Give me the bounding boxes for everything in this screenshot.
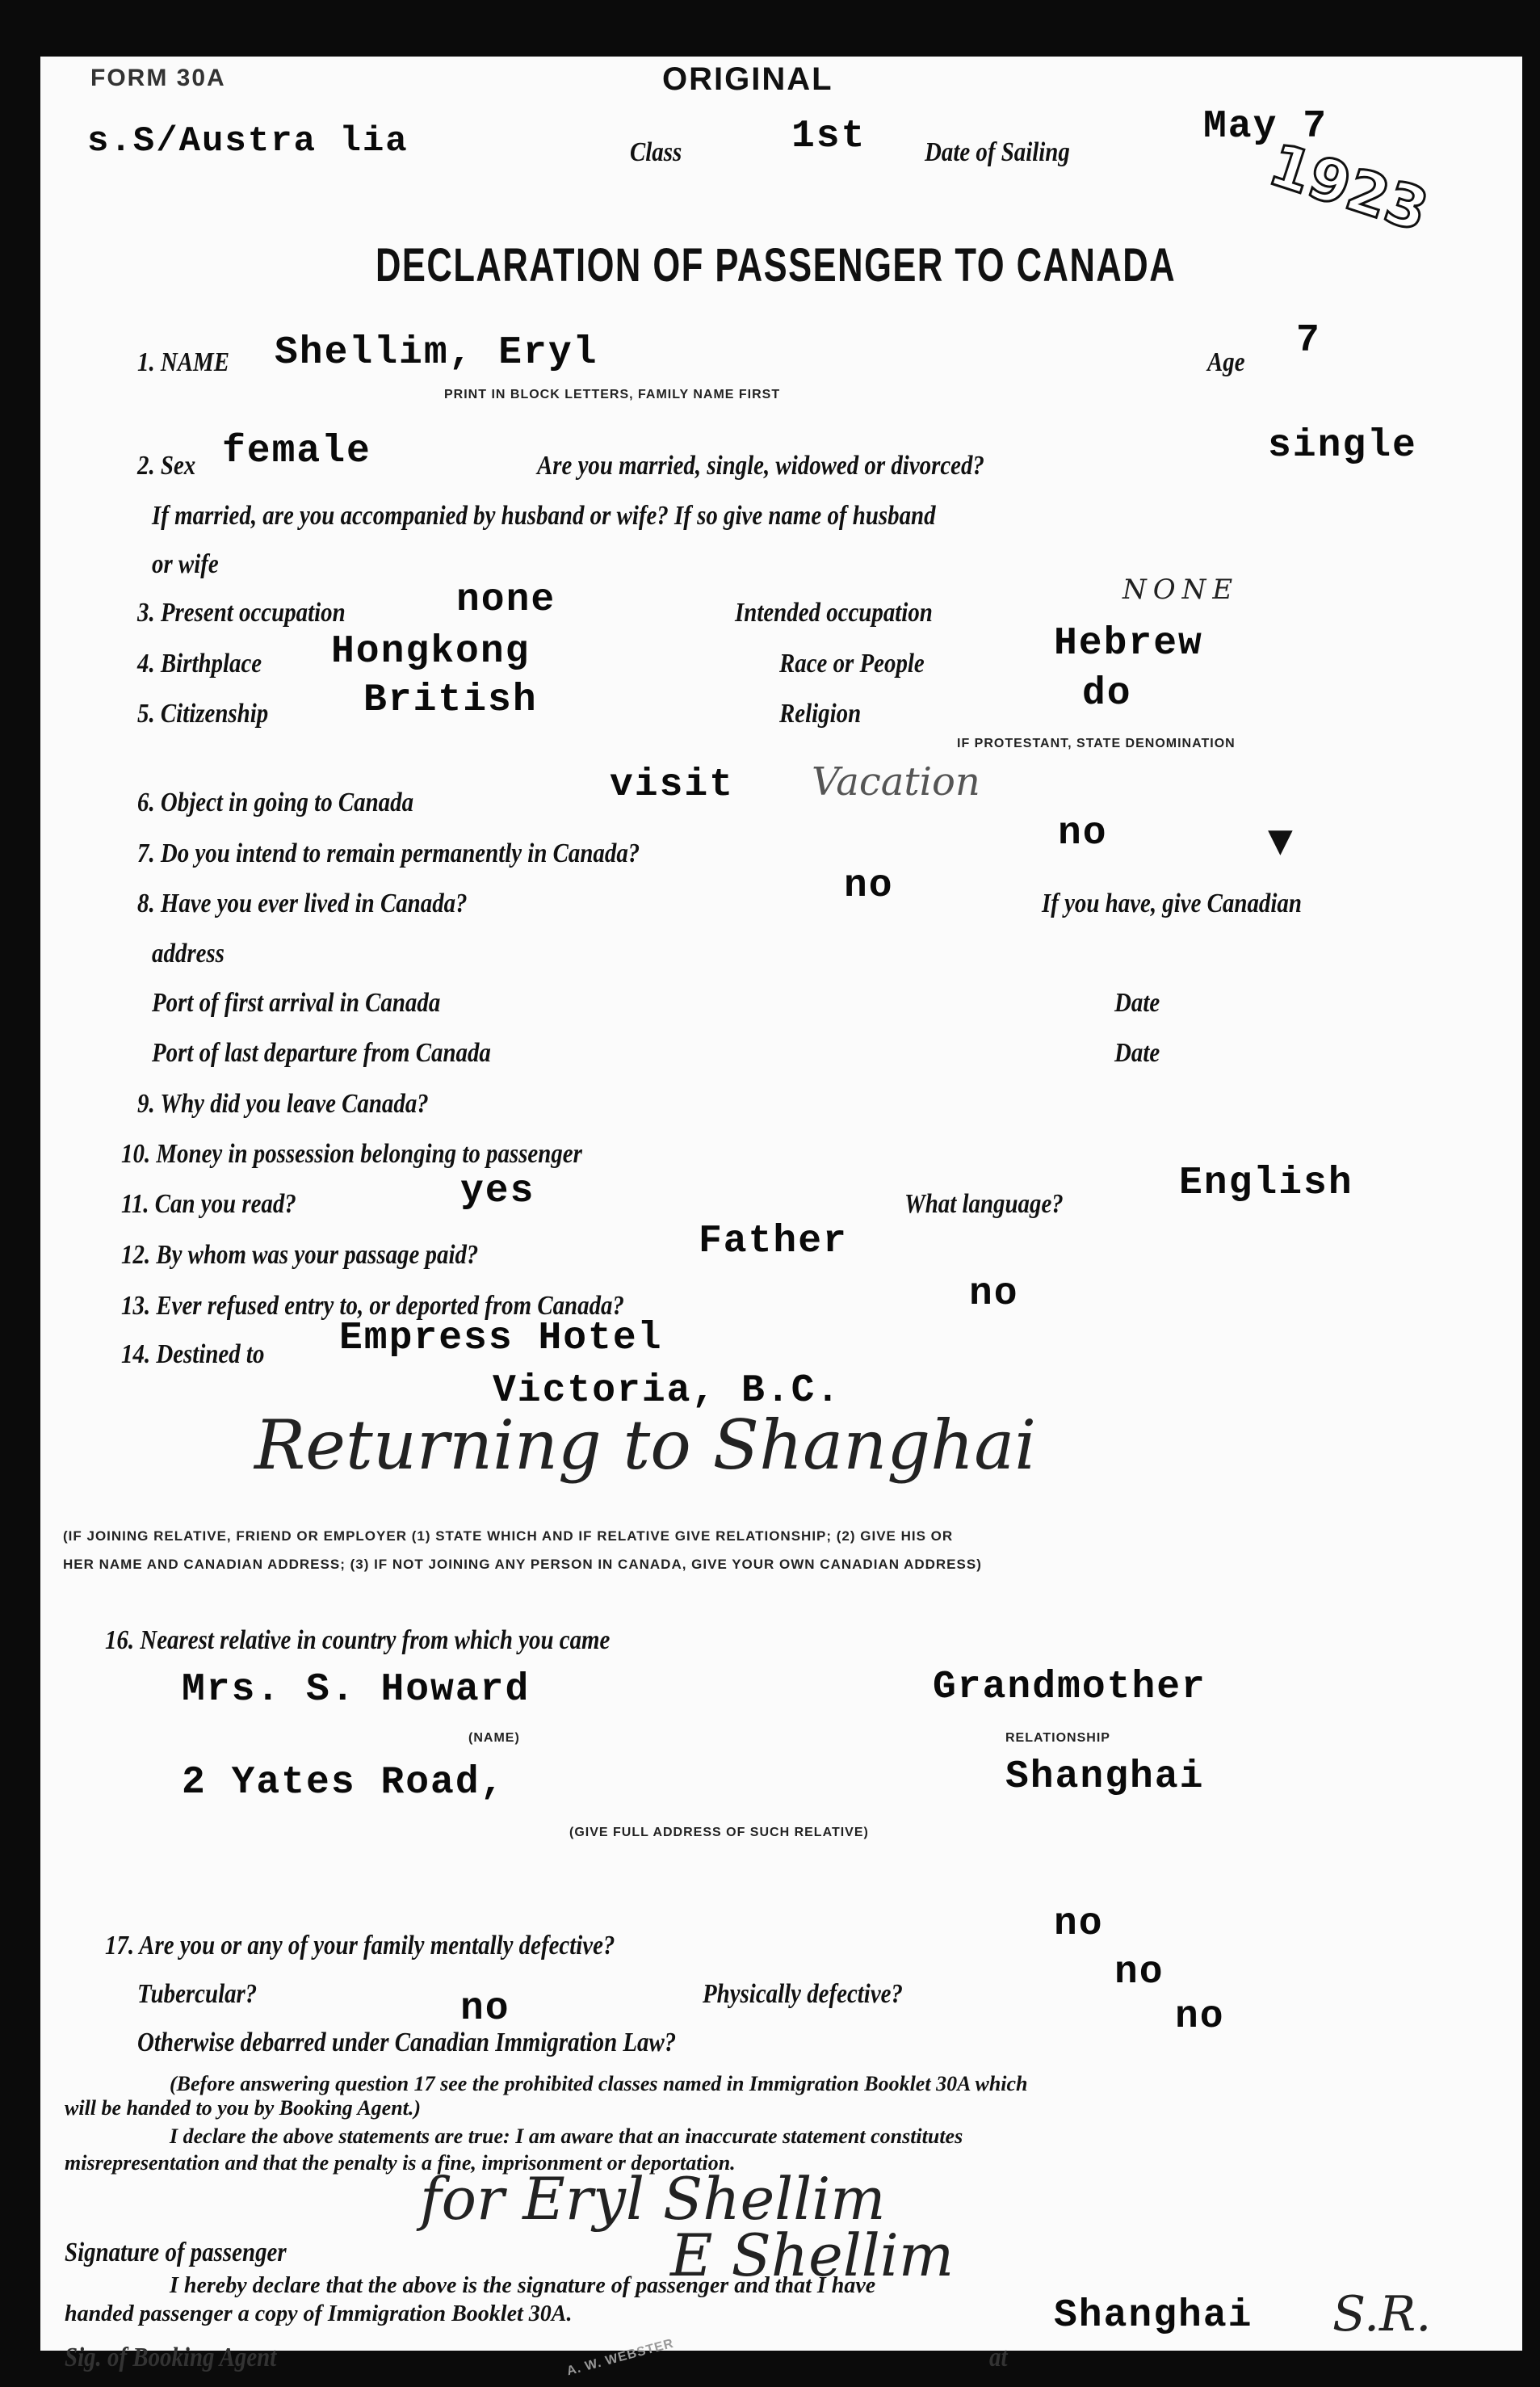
nearest-relative-label: 16. Nearest relative in country from whi… [105,1625,610,1656]
spouse-label: If married, are you accompanied by husba… [152,501,936,532]
can-read-label: 11. Can you read? [121,1189,296,1220]
ship-name: s.S/Austra lia [87,121,409,162]
relative-name-value: Mrs. S. Howard [182,1668,530,1712]
booklet-note-2: will be handed to you by Booking Agent.) [65,2092,421,2124]
destination-hint-1: (IF JOINING RELATIVE, FRIEND OR EMPLOYER… [63,1528,953,1544]
last-departure-label: Port of last departure from Canada [152,1038,491,1069]
tubercular-value: no [460,1987,510,2031]
why-leave-label: 9. Why did you leave Canada? [137,1089,429,1120]
relative-relationship-value: Grandmother [933,1666,1206,1709]
first-arrival-label: Port of first arrival in Canada [152,988,440,1019]
money-label: 10. Money in possession belonging to pas… [121,1139,582,1170]
relative-name-hint: (NAME) [468,1731,520,1746]
language-label: What language? [904,1189,1064,1220]
agent-declaration-2: handed passenger a copy of Immigration B… [65,2298,572,2330]
age-label: Age [1207,347,1245,378]
marital-value: single [1268,424,1417,468]
stamp-number: 1923 [1261,130,1437,245]
birthplace-label: 4. Birthplace [137,649,262,679]
physically-defective-label: Physically defective? [703,1979,903,2010]
canadian-address-label: If you have, give Canadian [1042,889,1302,919]
debarred-value: no [1175,1995,1225,2039]
destination-handwritten: Returning to Shanghai [254,1406,1036,1485]
mentally-defective-value: no [1054,1902,1104,1946]
object-label: 6. Object in going to Canada [137,788,413,818]
immigration-form-page: FORM 30A ORIGINAL s.S/Austra lia Class 1… [40,57,1522,2351]
page-title: DECLARATION OF PASSENGER TO CANADA [376,238,1176,292]
agent-stamp: A. W. WEBSTER [565,2337,676,2380]
object-value: visit [610,763,734,807]
marital-label: Are you married, single, widowed or divo… [537,451,984,481]
relative-address-value-1: 2 Yates Road, [182,1761,505,1805]
sailing-date-label: Date of Sailing [925,137,1070,168]
first-arrival-date-label: Date [1114,988,1160,1019]
destined-label: 14. Destined to [121,1339,264,1370]
can-read-value: yes [460,1170,535,1213]
passage-paid-value: Father [699,1220,848,1263]
destination-line-1: Empress Hotel [339,1317,662,1360]
lived-in-canada-label: 8. Have you ever lived in Canada? [137,889,468,919]
race-label: Race or People [779,649,925,679]
destination-hint-2: HER NAME AND CANADIAN ADDRESS; (3) IF NO… [63,1557,982,1573]
relative-relationship-hint: RELATIONSHIP [1005,1731,1110,1746]
at-label: at [989,2343,1007,2373]
form-number: FORM 30A [90,65,226,92]
debarred-label: Otherwise debarred under Canadian Immigr… [137,2028,676,2058]
tubercular-label: Tubercular? [137,1979,257,2010]
remain-permanently-label: 7. Do you intend to remain permanently i… [137,838,640,869]
race-value: Hebrew [1054,622,1203,666]
citizenship-value: British [363,679,538,722]
name-hint: PRINT IN BLOCK LETTERS, FAMILY NAME FIRS… [444,388,780,402]
religion-hint: IF PROTESTANT, STATE DENOMINATION [957,737,1236,751]
spouse-label-cont: or wife [152,549,219,580]
mentally-defective-label: 17. Are you or any of your family mental… [105,1931,615,1961]
name-label: 1. NAME [137,347,229,378]
remain-permanently-value: no [1058,812,1108,855]
refused-entry-value: no [969,1272,1019,1316]
canadian-address-label-cont: address [152,939,224,969]
booking-agent-label: Sig. of Booking Agent [65,2343,276,2373]
language-value: English [1179,1162,1353,1205]
copy-label: ORIGINAL [662,61,833,98]
religion-label: Religion [779,699,861,729]
occupation-label: 3. Present occupation [137,598,346,628]
last-departure-date-label: Date [1114,1038,1160,1069]
name-value: Shellim, Eryl [275,331,598,375]
relative-address-hint: (GIVE FULL ADDRESS OF SUCH RELATIVE) [569,1826,869,1840]
sex-label: 2. Sex [137,451,195,481]
sex-value: female [222,430,371,473]
object-handwritten: Vacation [812,759,980,805]
agent-declaration-1: I hereby declare that the above is the s… [170,2270,875,2302]
occupation-value: none [456,578,556,622]
class-value: 1st [791,115,866,158]
agent-initials: S.R. [1332,2286,1431,2343]
ink-mark-icon: ▼ [1268,822,1293,859]
signature-label: Signature of passenger [65,2238,287,2268]
intended-occupation-value: NONE [1122,574,1239,606]
class-label: Class [630,137,682,168]
relative-address-value-2: Shanghai [1005,1755,1204,1799]
citizenship-label: 5. Citizenship [137,699,268,729]
at-value: Shanghai [1054,2294,1253,2338]
birthplace-value: Hongkong [331,630,530,674]
physically-defective-value: no [1114,1951,1164,1994]
lived-in-canada-value: no [844,864,894,908]
age-value: 7 [1296,319,1321,363]
religion-value: do [1082,672,1132,716]
intended-occupation-label: Intended occupation [735,598,933,628]
passage-paid-label: 12. By whom was your passage paid? [121,1240,478,1271]
